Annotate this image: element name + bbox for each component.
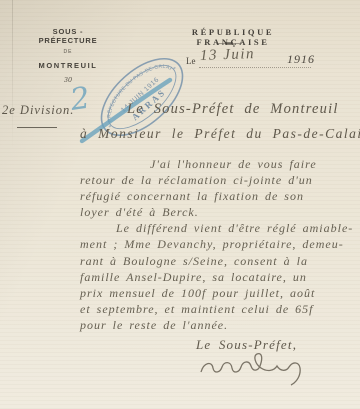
salutation-recipient: à Monsieur le Préfet du Pas-de-Calais. <box>80 126 360 142</box>
letter-body: J'ai l'honneur de vous faire retour de l… <box>80 156 360 333</box>
body-line: et septembre, et maintient celui de 65f <box>80 301 360 317</box>
body-line: ment ; Mme Devanchy, propriétaire, demeu… <box>80 236 360 252</box>
letter-document: SOUS - PRÉFECTURE DE MONTREUIL 30 RÉPUBL… <box>0 0 360 409</box>
body-line: loyer d'été à Berck. <box>80 204 360 220</box>
body-line: Le différend vient d'être réglé amiable- <box>80 220 360 236</box>
body-line: prix mensuel de 100f pour juillet, août <box>80 285 360 301</box>
signature <box>192 350 312 390</box>
body-line: famille Ansel-Dupire, sa locataire, un <box>80 269 360 285</box>
signature-stroke <box>201 354 300 385</box>
salutation-sender: Le Sous-Préfet de Montreuil <box>127 101 339 118</box>
body-line: rant à Boulogne s/Seine, consent à la <box>80 253 360 269</box>
body-line: retour de la réclamation ci-jointe d'un <box>80 172 360 188</box>
division-margin-note: 2e Division. <box>2 103 74 118</box>
body-line: pour le reste de l'année. <box>80 317 360 333</box>
body-line: réfugié concernant la fixation de son <box>80 188 360 204</box>
division-underline <box>17 127 57 128</box>
body-line: J'ai l'honneur de vous faire <box>80 156 360 172</box>
